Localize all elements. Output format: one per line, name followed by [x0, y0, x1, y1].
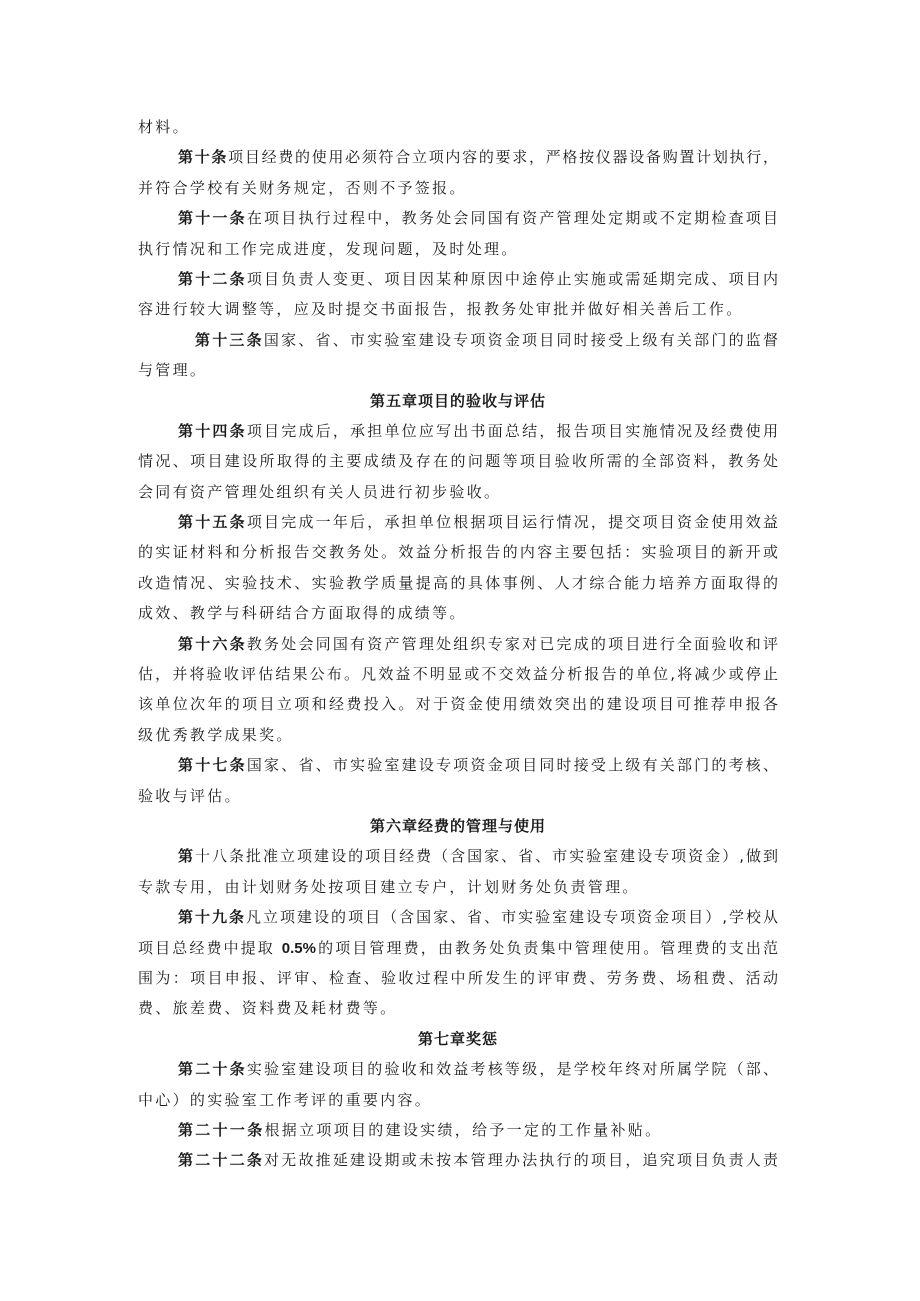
line-text: 并符合学校有关财务规定，否则不予签报。 [138, 179, 467, 197]
line-text: 材料。 [138, 118, 190, 136]
text-line: 验收与评估。 [138, 781, 778, 811]
article-label: 第十四条 [178, 422, 247, 440]
article-22: 第二十二条对无故推延建设期或未按本管理办法执行的项目，追究项目负责人责 [138, 1145, 778, 1175]
article-label: 第十一条 [178, 209, 247, 227]
line-text: 估，并将验收评估结果公布。凡效益不明显或不交效益分析报告的单位,将减少或停止 [138, 665, 778, 683]
article-text: 实验室建设项目的验收和效益考核等级，是学校年终对所属学院（部、 [247, 1060, 778, 1078]
line-text-before: 项目总经费中提取 [138, 939, 282, 957]
article-13: 第十三条国家、省、市实验室建设专项资金项目同时接受上级有关部门的监督 [138, 325, 778, 355]
text-line: 改造情况、实验技术、实验教学质量提高的具体事例、人才综合能力培养方面取得的 [138, 568, 778, 598]
line-text: 情况、项目建设所取得的主要成绩及存在的问题等项目验收所需的全部资料，教务处 [138, 452, 778, 470]
line-text: 中心）的实验室工作考评的重要内容。 [138, 1091, 432, 1109]
line-text-after: 的项目管理费，由教务处负责集中管理使用。管理费的支出范 [316, 939, 778, 957]
article-label: 第十条 [178, 148, 228, 166]
text-line: 项目总经费中提取 0.5%的项目管理费，由教务处负责集中管理使用。管理费的支出范 [138, 933, 778, 963]
line-text: 围为：项目申报、评审、检查、验收过程中所发生的评审费、劳务费、场租费、活动 [138, 969, 778, 987]
text-line: 与管理。 [138, 355, 778, 385]
text-line: 的实证材料和分析报告交教务处。效益分析报告的内容主要包括：实验项目的新开或 [138, 537, 778, 567]
text-line: 容进行较大调整等，应及时提交书面报告，报教务处审批并做好相关善后工作。 [138, 294, 778, 324]
text-line: 估，并将验收评估结果公布。凡效益不明显或不交效益分析报告的单位,将减少或停止 [138, 659, 778, 689]
article-12: 第十二条项目负责人变更、项目因某种原因中途停止实施或需延期完成、项目内 [138, 264, 778, 294]
article-label: 第 [178, 847, 195, 865]
text-line: 费、旅差费、资料费及耗材费等。 [138, 993, 778, 1023]
article-20: 第二十条实验室建设项目的验收和效益考核等级，是学校年终对所属学院（部、 [138, 1054, 778, 1084]
article-text: 项目经费的使用必须符合立项内容的要求，严格按仪器设备购置计划执行， [228, 148, 778, 166]
article-label: 第十三条 [195, 331, 264, 349]
text-line: 并符合学校有关财务规定，否则不予签报。 [138, 173, 778, 203]
chapter-5-heading: 第五章项目的验收与评估 [138, 386, 778, 416]
article-14: 第十四条项目完成后，承担单位应写出书面总结，报告项目实施情况及经费使用 [138, 416, 778, 446]
document-page: 材料。 第十条项目经费的使用必须符合立项内容的要求，严格按仪器设备购置计划执行，… [138, 112, 778, 1176]
text-line: 执行情况和工作完成进度，发现问题，及时处理。 [138, 234, 778, 264]
line-text: 验收与评估。 [138, 787, 242, 805]
line-text: 会同有资产管理处组织有关人员进行初步验收。 [138, 483, 501, 501]
line-text: 容进行较大调整等，应及时提交书面报告，报教务处审批并做好相关善后工作。 [138, 300, 744, 318]
line-text: 改造情况、实验技术、实验教学质量提高的具体事例、人才综合能力培养方面取得的 [138, 574, 778, 592]
article-label: 第二十条 [178, 1060, 247, 1078]
article-label: 第二十一条 [178, 1121, 265, 1139]
text-line: 中心）的实验室工作考评的重要内容。 [138, 1085, 778, 1115]
article-17: 第十七条国家、省、市实验室建设专项资金项目同时接受上级有关部门的考核、 [138, 750, 778, 780]
article-label: 第十六条 [178, 635, 247, 653]
article-text: 国家、省、市实验室建设专项资金项目同时接受上级有关部门的考核、 [247, 756, 778, 774]
article-text: 在项目执行过程中，教务处会同国有资产管理处定期或不定期检查项目 [247, 209, 778, 227]
article-11: 第十一条在项目执行过程中，教务处会同国有资产管理处定期或不定期检查项目 [138, 203, 778, 233]
line-text: 专款专用，由计划财务处按项目建立专户，计划财务处负责管理。 [138, 878, 640, 896]
text-line: 专款专用，由计划财务处按项目建立专户，计划财务处负责管理。 [138, 872, 778, 902]
article-16: 第十六条教务处会同国有资产管理处组织专家对已完成的项目进行全面验收和评 [138, 629, 778, 659]
text-line: 会同有资产管理处组织有关人员进行初步验收。 [138, 477, 778, 507]
line-text: 费、旅差费、资料费及耗材费等。 [138, 999, 398, 1017]
article-label: 第二十二条 [178, 1151, 264, 1169]
percentage-value: 0.5% [282, 940, 316, 957]
text-line: 情况、项目建设所取得的主要成绩及存在的问题等项目验收所需的全部资料，教务处 [138, 446, 778, 476]
line-text: 与管理。 [138, 361, 207, 379]
article-10: 第十条项目经费的使用必须符合立项内容的要求，严格按仪器设备购置计划执行， [138, 142, 778, 172]
text-line: 围为：项目申报、评审、检查、验收过程中所发生的评审费、劳务费、场租费、活动 [138, 963, 778, 993]
article-text: 教务处会同国有资产管理处组织专家对已完成的项目进行全面验收和评 [247, 635, 778, 653]
line-text: 的实证材料和分析报告交教务处。效益分析报告的内容主要包括：实验项目的新开或 [138, 543, 778, 561]
chapter-6-heading: 第六章经费的管理与使用 [138, 811, 778, 841]
chapter-7-heading: 第七章奖惩 [138, 1024, 778, 1054]
article-21: 第二十一条根据立项项目的建设实绩，给予一定的工作量补贴。 [138, 1115, 778, 1145]
article-text: 项目完成一年后，承担单位根据项目运行情况，提交项目资金使用效益 [247, 513, 778, 531]
article-15: 第十五条项目完成一年后，承担单位根据项目运行情况，提交项目资金使用效益 [138, 507, 778, 537]
article-text: 十八条批准立项建设的项目经费（含国家、省、市实验室建设专项资金）,做到 [195, 847, 778, 865]
article-text: 国家、省、市实验室建设专项资金项目同时接受上级有关部门的监督 [264, 331, 778, 349]
article-18: 第十八条批准立项建设的项目经费（含国家、省、市实验室建设专项资金）,做到 [138, 841, 778, 871]
article-text: 项目完成后，承担单位应写出书面总结，报告项目实施情况及经费使用 [247, 422, 778, 440]
article-19: 第十九条凡立项建设的项目（含国家、省、市实验室建设专项资金项目）,学校从 [138, 902, 778, 932]
article-label: 第十二条 [178, 270, 247, 288]
article-label: 第十九条 [178, 908, 246, 926]
text-line: 成效、教学与科研结合方面取得的成绩等。 [138, 598, 778, 628]
line-text: 执行情况和工作完成进度，发现问题，及时处理。 [138, 240, 519, 258]
line-text: 该单位次年的项目立项和经费投入。对于资金使用绩效突出的建设项目可推荐申报各 [138, 695, 778, 713]
article-label: 第十五条 [178, 513, 247, 531]
text-line: 级优秀教学成果奖。 [138, 720, 778, 750]
article-text: 对无故推延建设期或未按本管理办法执行的项目，追究项目负责人责 [264, 1151, 778, 1169]
line-text: 成效、教学与科研结合方面取得的成绩等。 [138, 604, 467, 622]
text-line: 材料。 [138, 112, 778, 142]
article-text: 根据立项项目的建设实绩，给予一定的工作量补贴。 [265, 1121, 663, 1139]
line-text: 级优秀教学成果奖。 [138, 726, 294, 744]
article-text: 项目负责人变更、项目因某种原因中途停止实施或需延期完成、项目内 [247, 270, 778, 288]
article-label: 第十七条 [178, 756, 247, 774]
article-text: 凡立项建设的项目（含国家、省、市实验室建设专项资金项目）,学校从 [246, 908, 778, 926]
text-line: 该单位次年的项目立项和经费投入。对于资金使用绩效突出的建设项目可推荐申报各 [138, 689, 778, 719]
